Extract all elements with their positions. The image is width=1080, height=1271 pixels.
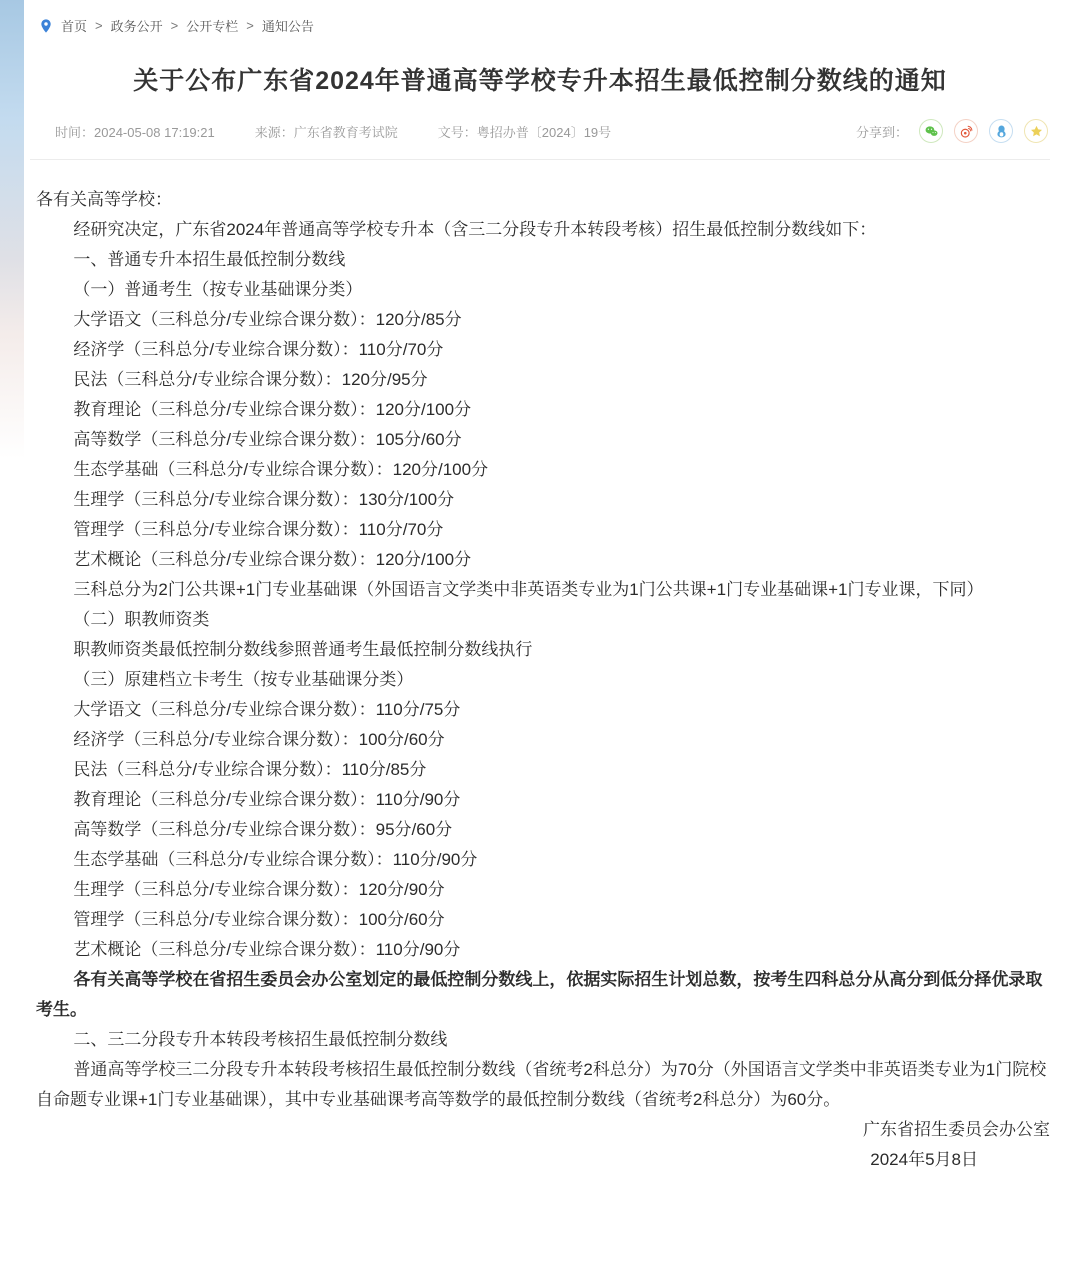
subsection-1-heading: （一）普通考生（按专业基础课分类） [36,275,1050,305]
breadcrumb-separator: > [171,18,179,33]
score-line: 大学语文（三科总分/专业综合课分数）：120分/85分 [36,305,1050,335]
score-line: 经济学（三科总分/专业综合课分数）：100分/60分 [36,725,1050,755]
share-bar: 分享到： [856,119,1050,143]
score-line: 生理学（三科总分/专业综合课分数）：120分/90分 [36,875,1050,905]
score-line: 管理学（三科总分/专业综合课分数）：100分/60分 [36,905,1050,935]
score-line: 民法（三科总分/专业综合课分数）：120分/95分 [36,365,1050,395]
section-2-heading: 二、三二分段专升本转段考核招生最低控制分数线 [36,1025,1050,1055]
wechat-share-icon[interactable] [919,119,943,143]
subsection-2-body: 职教师资类最低控制分数线参照普通考生最低控制分数线执行 [36,635,1050,665]
qq-share-icon[interactable] [989,119,1013,143]
meta-source: 来源：广东省教育考试院 [255,122,398,141]
share-label: 分享到： [856,122,908,141]
intro: 经研究决定，广东省2024年普通高等学校专升本（含三二分段专升本转段考核）招生最… [36,215,1050,245]
breadcrumb-item-1[interactable]: 首页 [61,16,87,35]
score-line: 高等数学（三科总分/专业综合课分数）：95分/60分 [36,815,1050,845]
score-line: 民法（三科总分/专业综合课分数）：110分/85分 [36,755,1050,785]
three-subject-note: 三科总分为2门公共课+1门专业基础课（外国语言文学类中非英语类专业为1门公共课+… [36,575,1050,605]
page-title: 关于公布广东省2024年普通高等学校专升本招生最低控制分数线的通知 [30,61,1050,97]
breadcrumb-separator: > [95,18,103,33]
signature-date: 2024年5月8日 [36,1145,1050,1175]
admission-rule: 各有关高等学校在省招生委员会办公室划定的最低控制分数线上，依据实际招生计划总数，… [36,965,1050,1025]
location-pin-icon [38,18,54,34]
weibo-share-icon[interactable] [954,119,978,143]
breadcrumb-items: 首页>政务公开>公开专栏>通知公告 [61,16,314,35]
score-line: 生态学基础（三科总分/专业综合课分数）：110分/90分 [36,845,1050,875]
subsection-2-heading: （二）职教师资类 [36,605,1050,635]
meta-time: 时间：2024-05-08 17:19:21 [55,122,215,141]
signature-org: 广东省招生委员会办公室 [36,1115,1050,1145]
score-line: 经济学（三科总分/专业综合课分数）：110分/70分 [36,335,1050,365]
salutation: 各有关高等学校： [36,185,1050,215]
section-2-body: 普通高等学校三二分段专升本转段考核招生最低控制分数线（省统考2科总分）为70分（… [36,1055,1050,1115]
section-1-heading: 一、普通专升本招生最低控制分数线 [36,245,1050,275]
breadcrumb: 首页>政务公开>公开专栏>通知公告 [30,0,1050,41]
score-line: 教育理论（三科总分/专业综合课分数）：110分/90分 [36,785,1050,815]
score-line: 生态学基础（三科总分/专业综合课分数）：120分/100分 [36,455,1050,485]
notice-page: 首页>政务公开>公开专栏>通知公告 关于公布广东省2024年普通高等学校专升本招… [0,0,1080,1175]
share-icons [919,119,1048,143]
star-share-icon[interactable] [1024,119,1048,143]
subsection-3-heading: （三）原建档立卡考生（按专业基础课分类） [36,665,1050,695]
score-line: 生理学（三科总分/专业综合课分数）：130分/100分 [36,485,1050,515]
article-meta: 时间：2024-05-08 17:19:21 来源：广东省教育考试院 文号：粤招… [30,113,1050,160]
breadcrumb-item-2[interactable]: 政务公开 [111,16,163,35]
breadcrumb-item-3[interactable]: 公开专栏 [186,16,238,35]
score-line: 大学语文（三科总分/专业综合课分数）：110分/75分 [36,695,1050,725]
score-line: 高等数学（三科总分/专业综合课分数）：105分/60分 [36,425,1050,455]
breadcrumb-separator: > [246,18,254,33]
score-line: 管理学（三科总分/专业综合课分数）：110分/70分 [36,515,1050,545]
article-body: 各有关高等学校：经研究决定，广东省2024年普通高等学校专升本（含三二分段专升本… [30,160,1050,1175]
meta-doc-number: 文号：粤招办普〔2024〕19号 [438,122,611,141]
score-line: 艺术概论（三科总分/专业综合课分数）：120分/100分 [36,545,1050,575]
breadcrumb-item-4[interactable]: 通知公告 [262,16,314,35]
score-line: 艺术概论（三科总分/专业综合课分数）：110分/90分 [36,935,1050,965]
score-line: 教育理论（三科总分/专业综合课分数）：120分/100分 [36,395,1050,425]
